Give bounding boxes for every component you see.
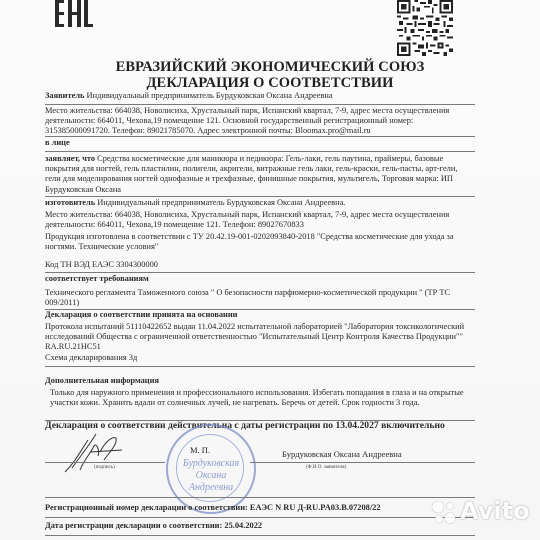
name-line (250, 462, 475, 463)
in-person-label: в лице (45, 138, 475, 148)
production-standard: Продукция изготовлена в соответствии с Т… (45, 232, 475, 252)
hs-code: Код ТН ВЭД ЕАЭС 3304300000 (45, 260, 475, 270)
basis-value: Протокола испытаний 51110422652 выдан 11… (45, 322, 475, 353)
registration-date-row: Дата регистрации декларации о соответств… (45, 521, 262, 531)
union-title: ЕВРАЗИЙСКИЙ ЭКОНОМИЧЕСКИЙ СОЮЗ (0, 59, 540, 76)
manufacturer-value: Индивидуальный предприниматель Бурдуковс… (97, 198, 345, 207)
registration-number-label: Регистрационный номер декларации о соотв… (45, 503, 248, 512)
divider (45, 272, 475, 273)
divider (45, 497, 475, 498)
divider (45, 151, 475, 152)
divider (45, 366, 475, 367)
signature-caption: (подпись) (94, 465, 115, 470)
registration-number-value: ЕАЭС N RU Д-RU.PA03.B.07208/22 (250, 503, 381, 512)
additional-value: Только для наружного применения и профес… (50, 388, 470, 408)
statement-label: заявляет, что (45, 154, 95, 163)
compliance-value: Технического регламента Таможенного союз… (45, 288, 475, 308)
applicant-label: Заявитель (45, 91, 84, 100)
qr-code-icon[interactable] (397, 0, 453, 56)
registration-date-value: 25.04.2022 (224, 521, 262, 530)
avito-text: Avito (460, 497, 530, 525)
registration-number-row: Регистрационный номер декларации о соотв… (45, 503, 381, 513)
stamp-name-line-3: Андреевна (168, 482, 254, 493)
divider (45, 535, 475, 536)
stamp-name-line-2: Оксана (168, 470, 254, 481)
signature-icon (60, 432, 130, 477)
registration-date-label: Дата регистрации декларации о соответств… (45, 521, 222, 530)
applicant-name: Бурдуковская Оксана Андреевна (282, 449, 402, 459)
basis-label: Декларация о соответствии принята на осн… (45, 310, 475, 320)
official-stamp: Бурдуковская Оксана Андреевна (166, 424, 256, 514)
manufacturer-label: изготовитель (45, 198, 95, 207)
compliance-label: соответствует требованиям (45, 274, 475, 284)
avito-logo-icon (430, 499, 458, 527)
name-caption: (Ф.И.О. заявителя) (306, 465, 346, 470)
applicant-value: Индивидуальный предприниматель Бурдуковс… (87, 91, 333, 100)
declaration-document: ЕВРАЗИЙСКИЙ ЭКОНОМИЧЕСКИЙ СОЮЗ ДЕКЛАРАЦИ… (0, 0, 540, 540)
stamp-label: М. П. (190, 445, 210, 455)
additional-label: Дополнительная информация (45, 376, 475, 386)
divider (45, 196, 475, 197)
divider (45, 104, 475, 105)
validity-text: Декларация о соответствии действительна … (45, 421, 445, 431)
statement-section: заявляет, что Средства косметические для… (45, 154, 475, 195)
document-title: ДЕКЛАРАЦИЯ О СООТВЕТСТВИИ (0, 75, 540, 92)
applicant-section: Заявитель Индивидуальный предприниматель… (45, 91, 475, 101)
statement-value: Средства косметические для маникюра и пе… (45, 154, 457, 194)
declaration-scheme: Схема декларирования 3д (45, 353, 475, 363)
eac-logo-icon (55, 0, 93, 28)
avito-watermark: Avito (430, 497, 530, 529)
divider (45, 136, 475, 137)
divider (45, 517, 475, 518)
manufacturer-section: изготовитель Индивидуальный предпринимат… (45, 198, 475, 208)
manufacturer-address: Место жительства: 664038, Новолисиха, Хр… (45, 210, 475, 230)
applicant-address: Место жительства: 664038, Новолисиха, Хр… (45, 106, 475, 137)
stamp-name-line-1: Бурдуковская (168, 458, 254, 469)
signature-line (45, 462, 165, 463)
